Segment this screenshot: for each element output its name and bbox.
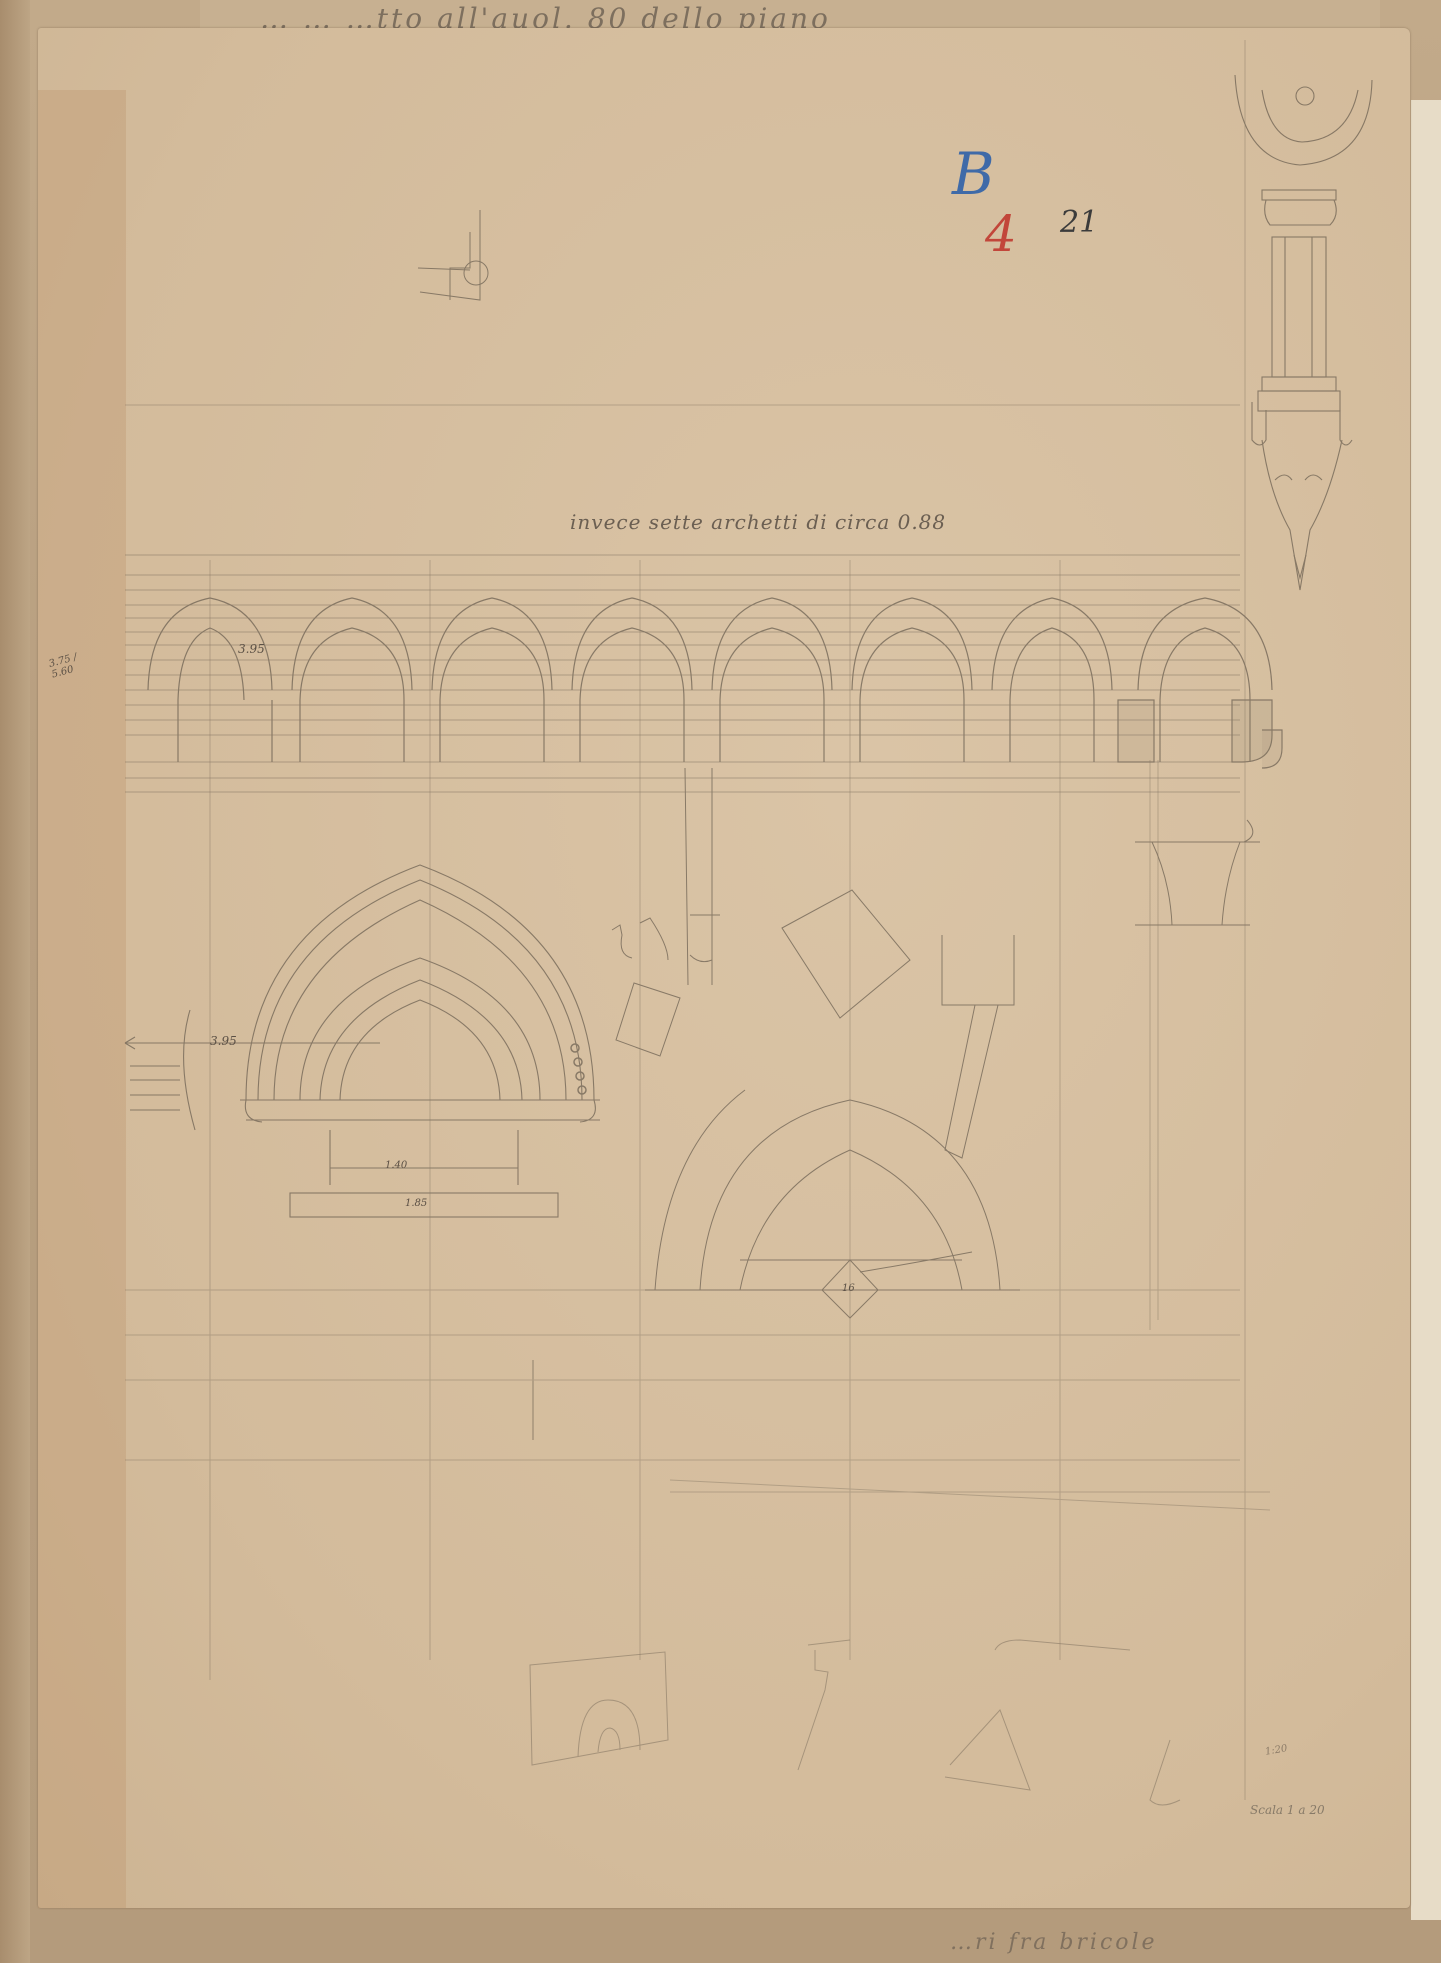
red-number-mark: 4: [985, 205, 1017, 263]
arcade-ruled-lines: [125, 555, 1240, 792]
diamond-mark: 16: [842, 1283, 855, 1294]
construction-lines: [125, 40, 1270, 1800]
pencil-number-mark: 21: [1060, 205, 1098, 240]
arcade-frieze: [148, 598, 1282, 768]
base-dimension-inner: 1.40: [385, 1160, 407, 1171]
base-dimension-outer: 1.85: [405, 1198, 427, 1209]
capital-profile: [1135, 820, 1260, 925]
profile-sketches: [612, 768, 1014, 1158]
corner-detail-sketch: [418, 210, 488, 300]
scale-note: Scala 1 a 20: [1250, 1803, 1325, 1817]
main-caption: invece sette archetti di circa 0.88: [570, 510, 946, 534]
molded-arch-left: [125, 865, 600, 1217]
column-with-crescent: [1235, 75, 1372, 590]
bottom-faint-sketches: [530, 1640, 1180, 1805]
arch-dimension-top: 3.95: [238, 642, 265, 656]
blue-letter-mark: B: [952, 140, 995, 208]
pencil-drawing: [0, 0, 1441, 1963]
arch-dimension-left: 3.95: [210, 1034, 237, 1048]
pointed-arch-center: [645, 1090, 1020, 1318]
